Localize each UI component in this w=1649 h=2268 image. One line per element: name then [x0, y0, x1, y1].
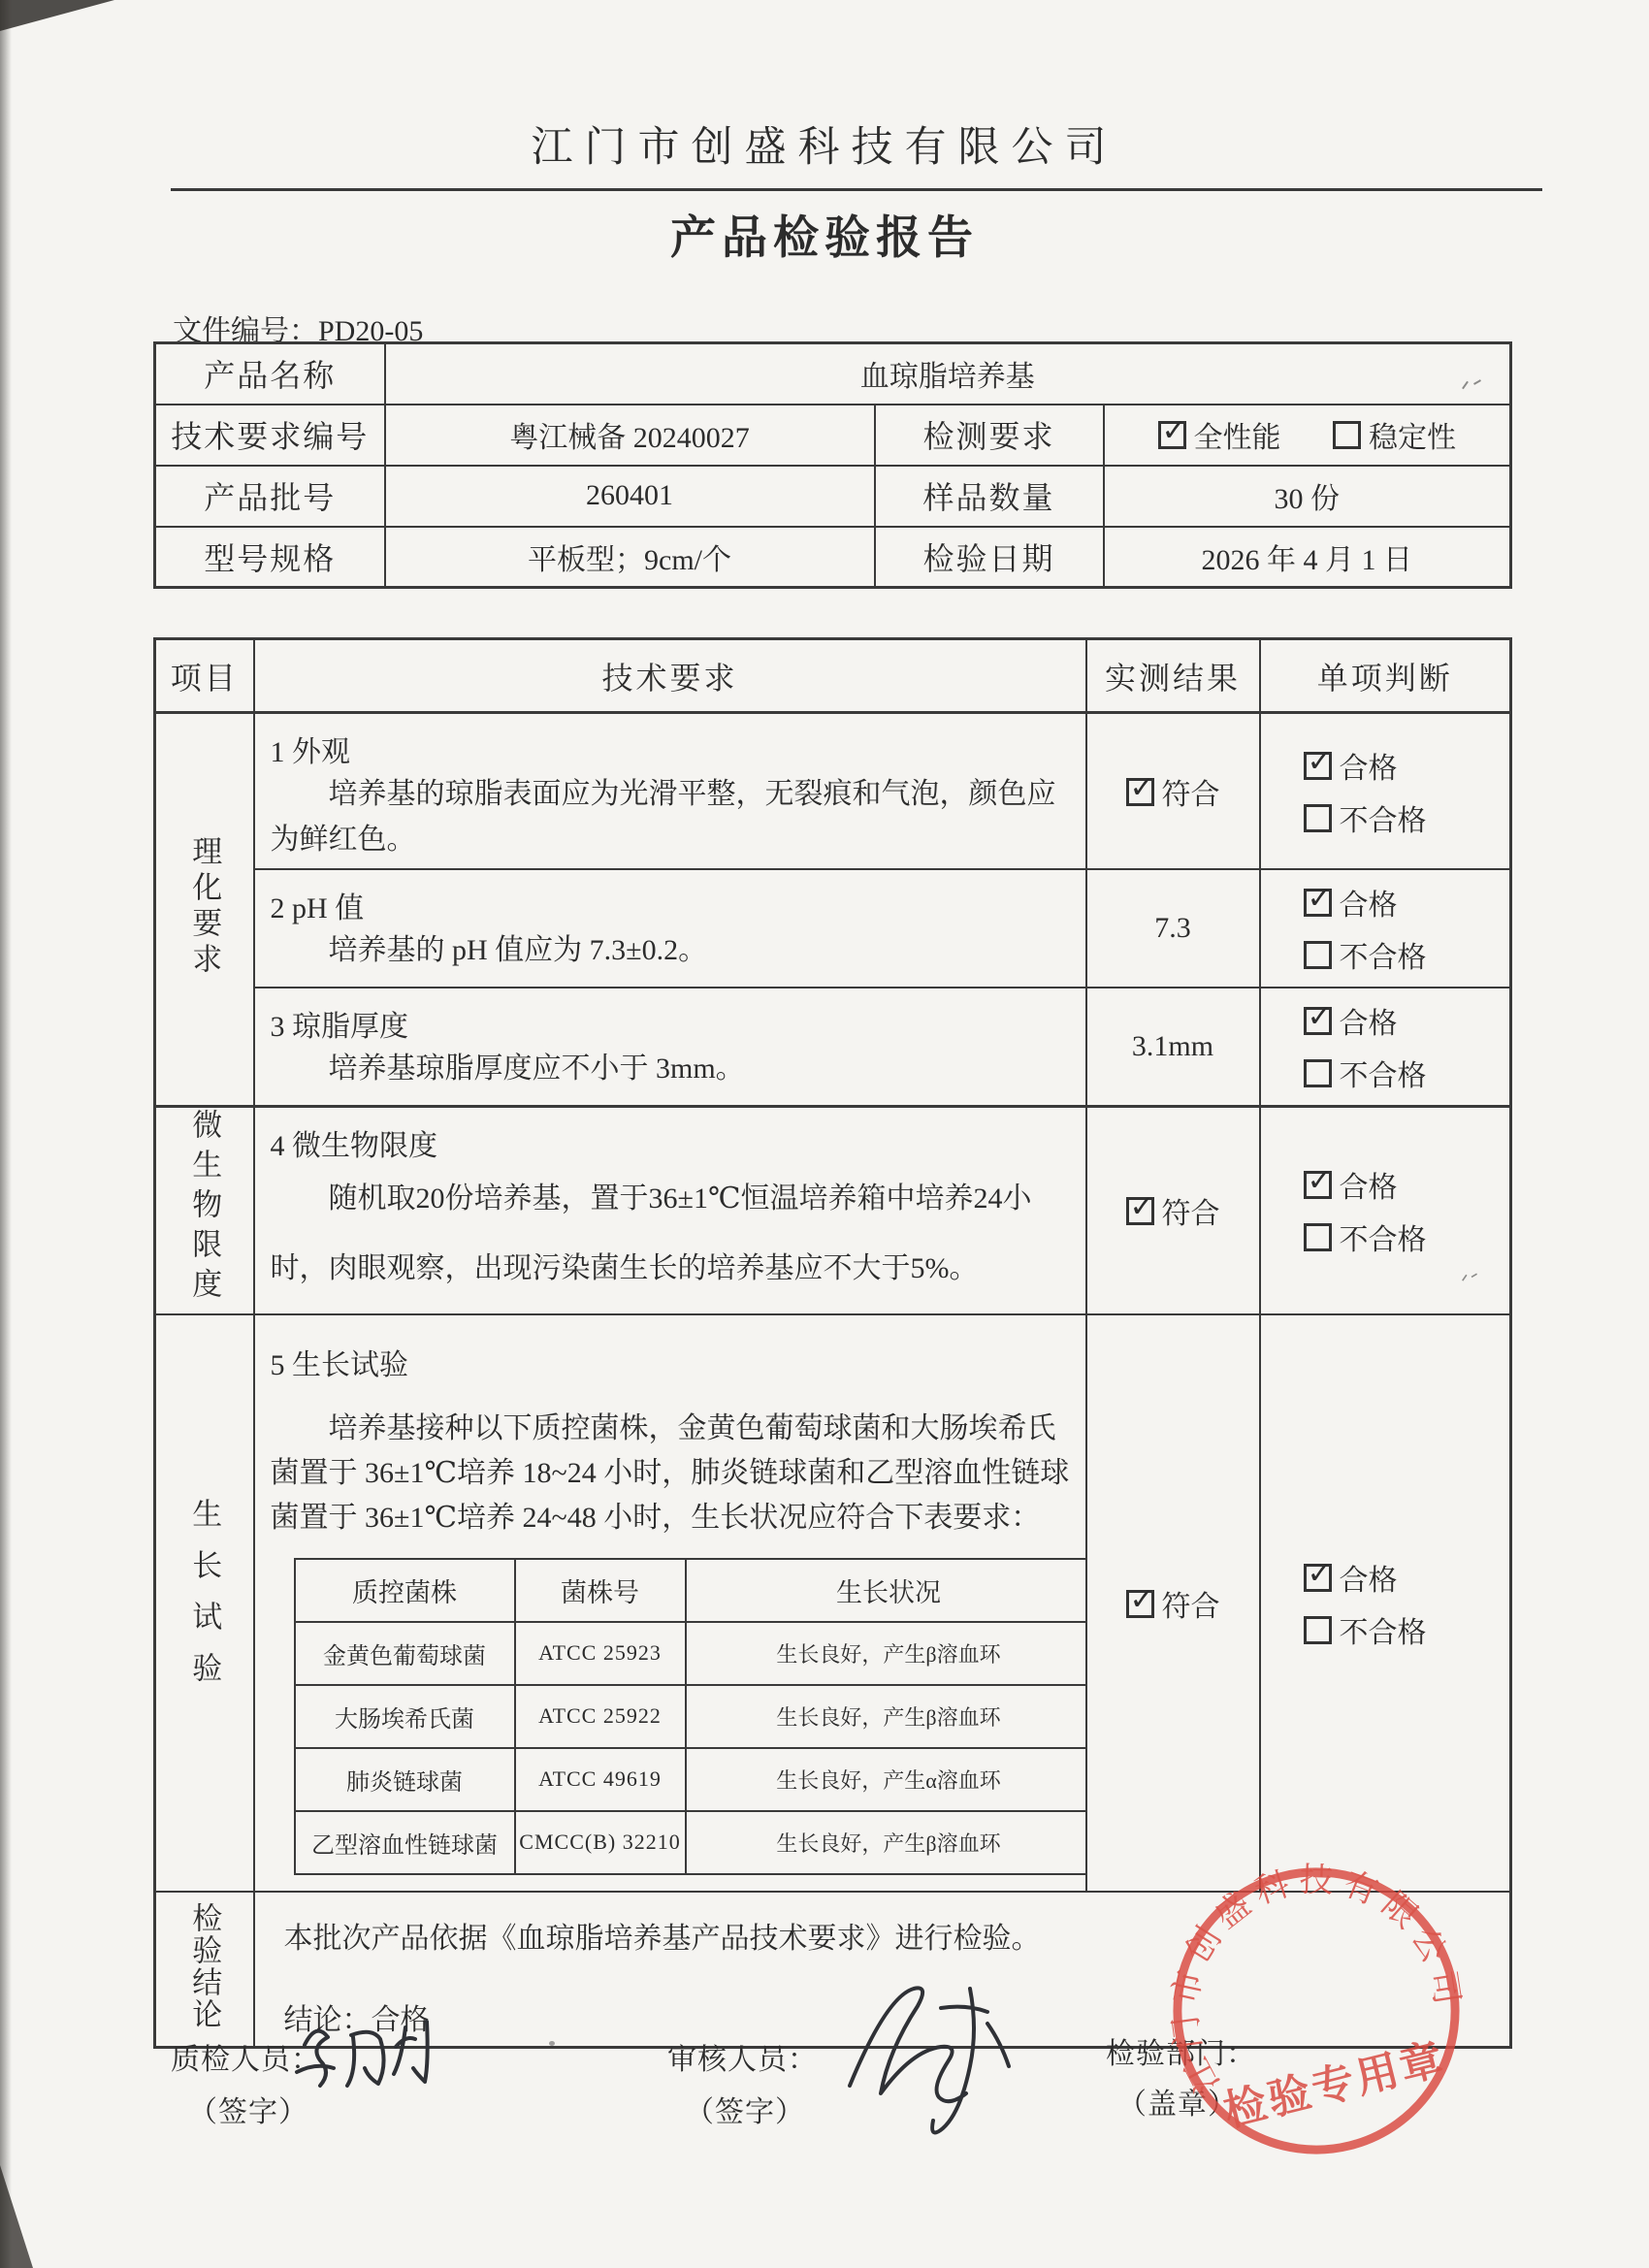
strain-row: 肺炎链球菌 ATCC 49619 生长良好，产生α溶血环 [295, 1748, 1086, 1811]
checkbox-stability [1333, 421, 1361, 449]
scan-corner-top-left [0, 0, 114, 31]
tech-req-no-value: 粤江械备 20240027 [385, 405, 875, 466]
strain-status: 生长良好，产生β溶血环 [686, 1685, 1086, 1748]
conform-label: 符合 [1162, 779, 1220, 811]
pass-label: 合格 [1340, 890, 1398, 922]
checkbox-pass [1304, 889, 1332, 917]
scan-edge-left [0, 0, 12, 2268]
checkbox-fail [1304, 1059, 1332, 1087]
ph-judgement: 合格 不合格 [1260, 869, 1511, 988]
checkbox-fail [1304, 804, 1332, 832]
strain-status: 生长良好，产生α溶血环 [686, 1748, 1086, 1811]
col-header-result: 实测结果 [1086, 639, 1260, 713]
table-row: 技术要求编号 粤江械备 20240027 检测要求 全性能 稳定性 [155, 405, 1511, 466]
title-divider [171, 188, 1542, 191]
appearance-judgement: 合格 不合格 [1260, 713, 1511, 870]
inspect-date-label: 检验日期 [875, 527, 1104, 588]
pass-label: 合格 [1340, 1565, 1398, 1597]
group-physchem: 理化要求 [155, 713, 254, 1107]
fail-label: 不合格 [1340, 805, 1427, 837]
strain-status: 生长良好，产生β溶血环 [686, 1811, 1086, 1874]
item-title: 1 外观 [271, 728, 1074, 770]
reviewer-label: 审核人员： [667, 2035, 818, 2078]
strain-code: ATCC 25923 [515, 1622, 686, 1685]
growth-requirement: 5 生长试验 培养基接种以下质控菌株，金黄色葡萄球菌和大肠埃希氏菌置于 36±1… [254, 1314, 1086, 1892]
strain-name: 大肠埃希氏菌 [295, 1685, 515, 1748]
item-title: 3 琼脂厚度 [271, 1002, 1074, 1045]
group-micro: 微生物限度 [155, 1107, 254, 1315]
item-body: 培养基琼脂厚度应不小于 3mm。 [271, 1047, 1074, 1092]
model-spec-value: 平板型；9cm/个 [385, 527, 875, 588]
model-spec-label: 型号规格 [155, 527, 385, 588]
checkbox-conform [1126, 778, 1154, 806]
item-title: 2 pH 值 [271, 884, 1074, 926]
strain-row: 乙型溶血性链球菌 CMCC(B) 32210 生长良好，产生β溶血环 [295, 1811, 1086, 1874]
ph-requirement: 2 pH 值 培养基的 pH 值应为 7.3±0.2。 [254, 869, 1086, 988]
strain-col-code: 菌株号 [515, 1559, 686, 1622]
reviewer-sign-hint: （签字） [685, 2088, 805, 2130]
results-header-row: 项目 技术要求 实测结果 单项判断 [155, 639, 1511, 713]
inspection-results-table: 项目 技术要求 实测结果 单项判断 理化要求 1 外观 培养基的琼脂表面应为光滑… [153, 637, 1512, 2049]
strain-status: 生长良好，产生β溶血环 [686, 1622, 1086, 1685]
qc-signature [291, 2004, 466, 2111]
appearance-requirement: 1 外观 培养基的琼脂表面应为光滑平整，无裂痕和气泡，颜色应为鲜红色。 [254, 713, 1086, 870]
appearance-result: 符合 [1086, 713, 1260, 870]
checkbox-fail [1304, 1223, 1332, 1251]
checkbox-full-performance [1158, 421, 1186, 449]
strain-name: 肺炎链球菌 [295, 1748, 515, 1811]
checkbox-conform [1126, 1590, 1154, 1618]
item-title: 4 微生物限度 [271, 1121, 1074, 1164]
batch-no-label: 产品批号 [155, 466, 385, 527]
table-row-agar-thickness: 3 琼脂厚度 培养基琼脂厚度应不小于 3mm。 3.1mm 合格 不合格 [155, 988, 1511, 1107]
strain-code: CMCC(B) 32210 [515, 1811, 686, 1874]
stamp-banner-text: 检验专用章 [1219, 2035, 1450, 2136]
company-name: 江门市创盛科技有限公司 [0, 114, 1649, 174]
table-row-appearance: 理化要求 1 外观 培养基的琼脂表面应为光滑平整，无裂痕和气泡，颜色应为鲜红色。… [155, 713, 1511, 870]
group-growth: 生长试验 [155, 1314, 254, 1892]
stability-label: 稳定性 [1369, 422, 1456, 454]
tech-req-no-label: 技术要求编号 [155, 405, 385, 466]
fail-label: 不合格 [1340, 1224, 1427, 1256]
table-row-ph: 2 pH 值 培养基的 pH 值应为 7.3±0.2。 7.3 合格 不合格 [155, 869, 1511, 988]
strain-col-name: 质控菌株 [295, 1559, 515, 1622]
group-growth-label: 生长试验 [182, 1498, 226, 1703]
item-title: 5 生长试验 [271, 1341, 1074, 1383]
strain-row: 金黄色葡萄球菌 ATCC 25923 生长良好，产生β溶血环 [295, 1622, 1086, 1685]
pass-label: 合格 [1340, 1008, 1398, 1040]
micro-result: 符合 [1086, 1107, 1260, 1315]
strain-col-status: 生长状况 [686, 1559, 1086, 1622]
item-body: 培养基接种以下质控菌株，金黄色葡萄球菌和大肠埃希氏菌置于 36±1℃培养 18~… [271, 1407, 1074, 1540]
conform-label: 符合 [1162, 1198, 1220, 1230]
item-body: 培养基的 pH 值应为 7.3±0.2。 [271, 928, 1074, 974]
strain-name: 乙型溶血性链球菌 [295, 1811, 515, 1874]
col-header-requirement: 技术要求 [254, 639, 1086, 713]
micro-requirement: 4 微生物限度 随机取20份培养基，置于36±1℃恒温培养箱中培养24小时，肉眼… [254, 1107, 1086, 1315]
checkbox-conform [1126, 1197, 1154, 1225]
checkbox-pass [1304, 752, 1332, 780]
group-physchem-label: 理化要求 [182, 835, 226, 979]
item-body: 随机取20份培养基，置于36±1℃恒温培养箱中培养24小时，肉眼观察，出现污染菌… [271, 1164, 1074, 1304]
table-row: 产品批号 260401 样品数量 30 份 [155, 466, 1511, 527]
fail-label: 不合格 [1340, 1060, 1427, 1092]
group-conclusion-label: 检验结论 [182, 1902, 226, 2030]
ph-result: 7.3 [1086, 869, 1260, 988]
test-type-label: 检测要求 [875, 405, 1104, 466]
pass-label: 合格 [1340, 753, 1398, 785]
checkbox-pass [1304, 1171, 1332, 1199]
scanned-inspection-report: { "header": { "company": "江门市创盛科技有限公司", … [0, 0, 1649, 2268]
table-row: 产品名称 血琼脂培养基 [155, 343, 1511, 405]
reviewer-signature [817, 1961, 1040, 2151]
thickness-requirement: 3 琼脂厚度 培养基琼脂厚度应不小于 3mm。 [254, 988, 1086, 1107]
growth-result: 符合 [1086, 1314, 1260, 1892]
col-header-judgement: 单项判断 [1260, 639, 1511, 713]
checkbox-fail [1304, 941, 1332, 969]
table-row-growth-test: 生长试验 5 生长试验 培养基接种以下质控菌株，金黄色葡萄球菌和大肠埃希氏菌置于… [155, 1314, 1511, 1892]
batch-no-value: 260401 [385, 466, 875, 527]
growth-judgement: 合格 不合格 [1260, 1314, 1511, 1892]
group-conclusion: 检验结论 [155, 1892, 254, 2047]
checkbox-fail [1304, 1616, 1332, 1644]
checkbox-pass [1304, 1007, 1332, 1035]
pass-label: 合格 [1340, 1172, 1398, 1204]
product-info-table: 产品名称 血琼脂培养基 技术要求编号 粤江械备 20240027 检测要求 全性… [153, 341, 1512, 589]
thickness-result: 3.1mm [1086, 988, 1260, 1107]
group-micro-label: 微生物限度 [182, 1109, 226, 1308]
thickness-judgement: 合格 不合格 [1260, 988, 1511, 1107]
sample-qty-value: 30 份 [1104, 466, 1511, 527]
strain-code: ATCC 25922 [515, 1685, 686, 1748]
col-header-item: 项目 [155, 639, 254, 713]
item-body: 培养基的琼脂表面应为光滑平整，无裂痕和气泡，颜色应为鲜红色。 [271, 772, 1074, 862]
inspect-date-value: 2026 年 4 月 1 日 [1104, 527, 1511, 588]
test-type-options: 全性能 稳定性 [1104, 405, 1511, 466]
product-name-value: 血琼脂培养基 [385, 343, 1511, 405]
micro-judgement: 合格 不合格 [1260, 1107, 1511, 1315]
report-title: 产品检验报告 [0, 202, 1649, 267]
strain-row: 大肠埃希氏菌 ATCC 25922 生长良好，产生β溶血环 [295, 1685, 1086, 1748]
strain-header-row: 质控菌株 菌株号 生长状况 [295, 1559, 1086, 1622]
strain-table: 质控菌株 菌株号 生长状况 金黄色葡萄球菌 ATCC 25923 生长良好，产生… [294, 1558, 1086, 1875]
sample-qty-label: 样品数量 [875, 466, 1104, 527]
fail-label: 不合格 [1340, 1617, 1427, 1649]
product-name-label: 产品名称 [155, 343, 385, 405]
full-performance-label: 全性能 [1194, 422, 1281, 454]
conform-label: 符合 [1162, 1591, 1220, 1623]
strain-code: ATCC 49619 [515, 1748, 686, 1811]
strain-name: 金黄色葡萄球菌 [295, 1622, 515, 1685]
checkbox-pass [1304, 1564, 1332, 1592]
table-row-microbial-limit: 微生物限度 4 微生物限度 随机取20份培养基，置于36±1℃恒温培养箱中培养2… [155, 1107, 1511, 1315]
table-row: 型号规格 平板型；9cm/个 检验日期 2026 年 4 月 1 日 [155, 527, 1511, 588]
fail-label: 不合格 [1340, 942, 1427, 974]
